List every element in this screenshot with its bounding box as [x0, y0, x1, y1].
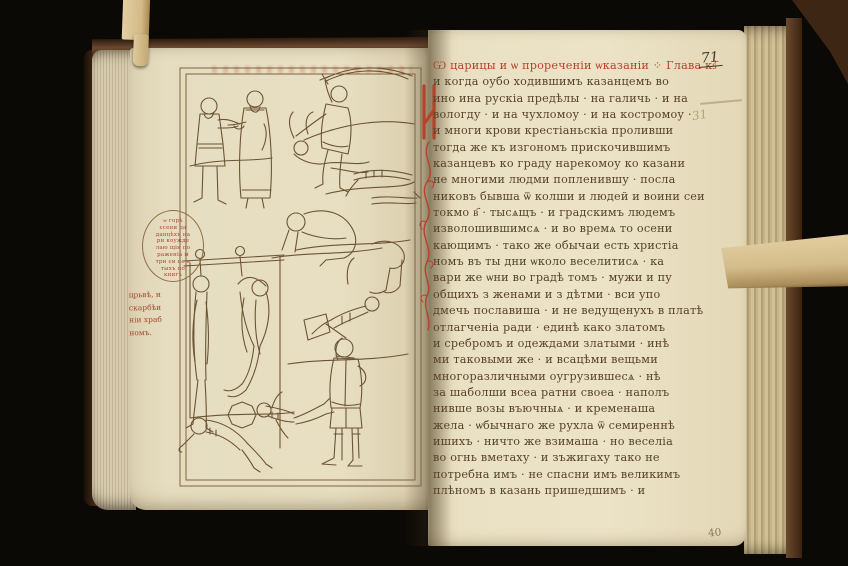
- text-line: за шаболши всеа ратни своеа · наполъ: [433, 385, 727, 401]
- text-line: и когда оубо ходившимъ казанцемъ во: [433, 74, 727, 90]
- miniature-frame-inner: [186, 74, 415, 480]
- text-line: єсени ца: [143, 225, 203, 232]
- corner-number: 40: [707, 526, 722, 539]
- text-line: ино ина рускіа предѣлы · на галичь · и н…: [433, 91, 727, 107]
- text-line: во огнь вметаху · и зъжигаху тако не: [433, 450, 727, 466]
- text-line: три єи нє ѡ: [143, 259, 203, 266]
- text-column: Ѡ царицы и ѡ прореченіи ѡказаніи ⁘ Глава…: [433, 58, 727, 499]
- text-line: кающимъ · тако же обычаи есть христіа: [433, 238, 727, 254]
- margin-medallion: ѡ горѣєсени цаданцѣхъ нари коужделаю щіи…: [142, 210, 204, 282]
- text-line: скарбѣи: [129, 301, 175, 314]
- text-line: ри коужде: [143, 238, 203, 245]
- pencil-number: 31: [691, 107, 708, 123]
- text-line: ѡ горѣ: [143, 218, 203, 225]
- text-line: лаю щіи по: [143, 245, 203, 252]
- text-line: номъ въ ты дни ѡколо веселитисѧ · ка: [433, 254, 727, 270]
- text-line: нивше возы въючныѧ · и кременаша: [433, 401, 727, 417]
- photo-backdrop: ѡ горѣєсени цаданцѣхъ нари коужделаю щіи…: [0, 0, 848, 566]
- text-line: казанцевъ ко граду нарекомоу ко казани: [433, 156, 727, 172]
- text-line: тогда же къ изгономъ прискочившимъ: [433, 140, 727, 156]
- text-line: жела · ѡбычнаго же рухла ѿ семиреннѣ: [433, 418, 727, 434]
- text-line: не многими людми попленившу · посла: [433, 172, 727, 188]
- text-line: и многи крови крестіаньскіа проливши: [433, 123, 727, 139]
- text-line: вари же ѡни во градѣ томъ · мужи и пу: [433, 270, 727, 286]
- bookmark-stick-top-tip: [133, 34, 149, 67]
- text-line: изволошившимсѧ · и во времѧ то осени: [433, 221, 727, 237]
- miniature-drawing: [176, 62, 426, 494]
- text-line: црьвѣ, и: [129, 289, 175, 302]
- text-line: номъ.: [129, 326, 175, 339]
- leather-cover-edge-right: [786, 18, 802, 558]
- text-line: дмечь пославиша · и не ведущенухъ в плат…: [433, 303, 727, 319]
- text-line: ишихъ · ничто же взимаша · но веселіа: [433, 434, 727, 450]
- text-line: никовъ бывша ѿ колши и людей и воини сеи: [433, 189, 727, 205]
- folio-number: 71: [697, 49, 722, 68]
- offset-smudge: [212, 66, 412, 73]
- text-line: Ѡ царицы и ѡ прореченіи ѡказаніи ⁘ Глава…: [433, 58, 727, 74]
- text-line: многоразличными оугрузившесѧ · нѣ: [433, 369, 727, 385]
- margin-gloss: црьвѣ, искарбѣиніи храбномъ.: [129, 289, 176, 340]
- text-line: общихъ з женами и з дѣтми · вси упо: [433, 287, 727, 303]
- text-line: токмо в҃ · тысѧщъ · и градскимъ людемъ: [433, 205, 727, 221]
- text-line: и сребромъ и одеждами златыми · инѣ: [433, 336, 727, 352]
- text-line: раженіа м: [143, 252, 203, 259]
- page-edges-fore-right: [744, 26, 786, 554]
- text-line: ми таковыми же · и всацѣми вещьми: [433, 352, 727, 368]
- text-line: потребна имъ · не спасни имъ великимъ: [433, 467, 727, 483]
- text-line: книгѣ: [143, 272, 203, 279]
- text-line: отлагченіа ради · единѣ како златомъ: [433, 320, 727, 336]
- bookmark-stick-top: [121, 0, 156, 69]
- text-line: данцѣхъ на: [143, 232, 203, 239]
- text-line: вологду · и на чухломоу · и на костромоу…: [433, 107, 727, 123]
- text-line: плѣномъ в казань пришедшимъ · и: [433, 483, 727, 499]
- text-line: ніи храб: [129, 314, 175, 327]
